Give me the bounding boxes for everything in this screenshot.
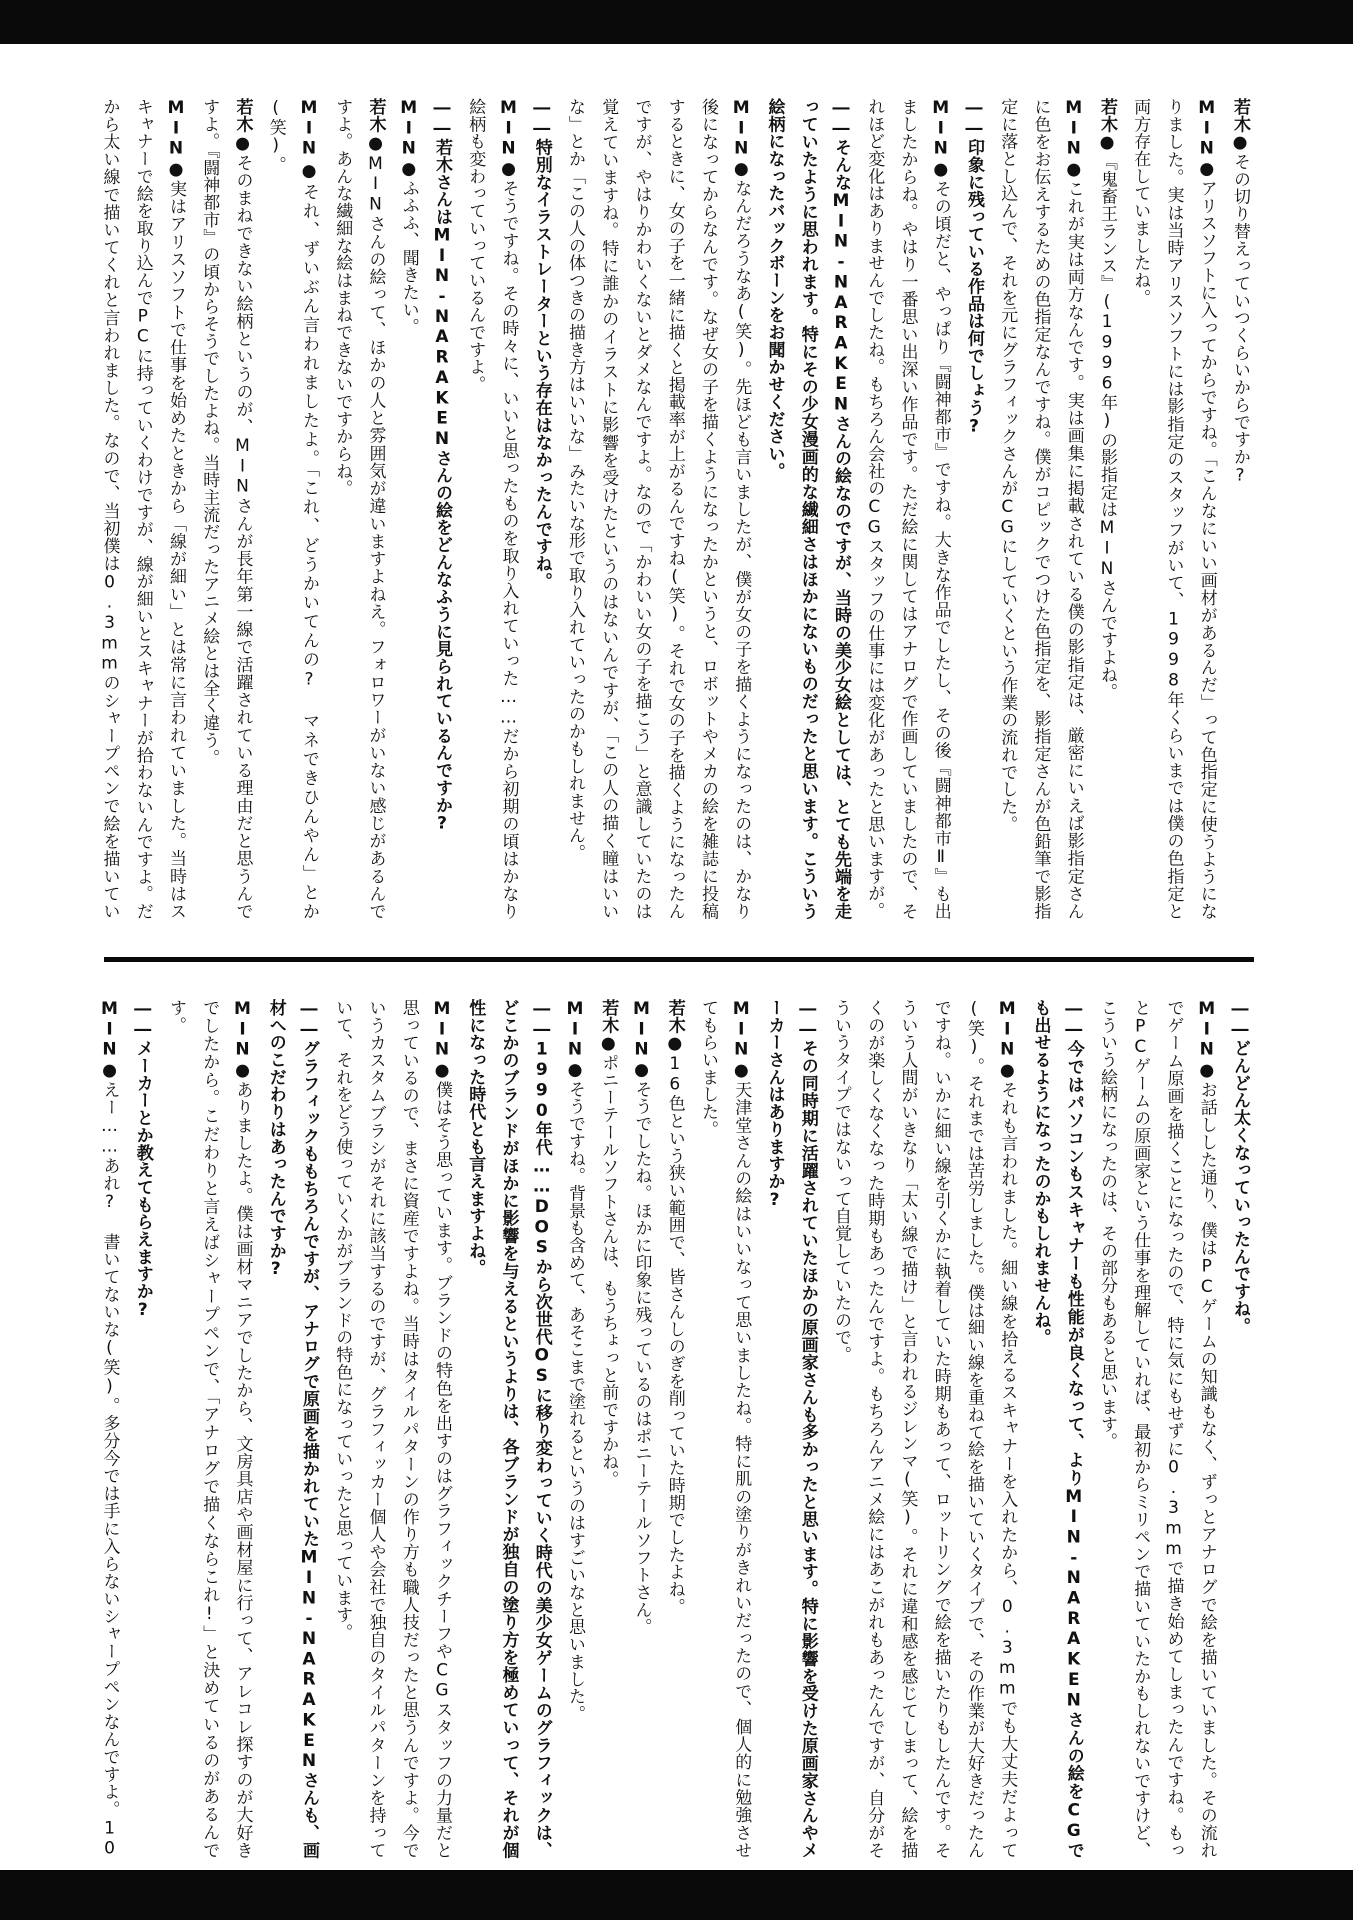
speaker-label: ――: [532, 999, 552, 1040]
speaker-label: MIN●: [731, 98, 751, 180]
speaker-label: 若木●: [366, 98, 386, 154]
interviewer-question: ――今ではパソコンもスキャナーも性能が良くなって、よりMIN-NARAKENさん…: [1023, 999, 1090, 1859]
speaker-label: MIN●: [997, 999, 1017, 1081]
speaker-label: 若木●: [1230, 98, 1250, 153]
speaker-label: 若木●: [233, 98, 253, 154]
speaker-paragraph: MIN●そうですね。背景も含めて、あそこまで塗れるというのはすごいなと思いました…: [558, 999, 591, 1859]
interviewer-question: ――どんどん太くなっていったんですね。: [1223, 999, 1256, 1859]
speaker-label: MIN●: [1197, 98, 1217, 180]
speaker-label: 若木●: [1097, 98, 1117, 153]
bottom-black-bar: [0, 1870, 1353, 1920]
top-black-bar: [0, 0, 1353, 44]
speaker-label: MIN●: [432, 999, 452, 1081]
speaker-label: ――: [1064, 999, 1084, 1040]
speaker-label: ――: [831, 98, 851, 139]
interviewer-question: ――特別なイラストレーターという存在はなかったんですね。: [525, 98, 558, 920]
speaker-label: MIN●: [931, 98, 951, 180]
section-divider-rule: [104, 957, 1254, 962]
speaker-label: ――: [532, 98, 552, 139]
speaker-label: MIN●: [299, 98, 319, 183]
speaker-label: 若木●: [665, 999, 685, 1054]
speaker-label: MIN●: [399, 98, 419, 179]
speaker-paragraph: MIN●それも言われました。細い線を拾えるスキャナーを入れたから、0.3mmでも…: [824, 999, 1024, 1859]
speaker-paragraph: 若木●その切り替えっていつくらいからですか?: [1223, 98, 1256, 920]
speaker-paragraph: MIN●その頃だと、やっぱり『闘神都市』ですね。大きな作品でしたし、その後『闘神…: [857, 98, 957, 920]
speaker-label: ――: [1230, 999, 1250, 1040]
speaker-label: MIN●: [233, 999, 253, 1081]
speaker-paragraph: MIN●アリスソフトに入ってからですね。「こんなにいい画材があるんだ」って色指定…: [1123, 98, 1223, 920]
speaker-label: MIN●: [1197, 999, 1217, 1081]
speaker-label: ――: [432, 98, 452, 139]
interviewer-question: ――そんなMIN-NARAKENさんの絵なのですが、当時の美少女絵としては、とて…: [757, 98, 857, 920]
speaker-paragraph: MIN●僕はそう思っています。ブランドの特色を出すのはグラフィックチーフやCGス…: [325, 999, 458, 1859]
interviewer-question: ――若木さんはMIN-NARAKENさんの絵をどんなふうに見られているんですか?: [425, 98, 458, 920]
speaker-paragraph: MIN●実はアリスソフトで仕事を始めたときから「線が細い」とは常に言われていまし…: [92, 98, 192, 920]
speaker-label: ――: [798, 999, 818, 1040]
speaker-paragraph: MIN●お話しした通り、僕はPCゲームの知識もなく、ずっとアナログで絵を描いてい…: [1090, 999, 1223, 1859]
interviewer-question: ――その同時期に活躍されていたほかの原画家さんも多かったと思います。特に影響を受…: [757, 999, 824, 1859]
speaker-paragraph: 若木●16色という狭い範囲で、皆さんしのぎを削っていた時期でしたよね。: [658, 999, 691, 1859]
speaker-paragraph: MIN●ふふふ、聞きたい。: [392, 98, 425, 920]
interview-text-bottom-section: ――どんどん太くなっていったんですね。MIN●お話しした通り、僕はPCゲームの知…: [92, 999, 1256, 1859]
speaker-paragraph: MIN●えー……あれ? 書いてないな(笑)。多分今では手に入らないシャープペンな…: [92, 999, 126, 1859]
speaker-label: ――: [133, 999, 153, 1040]
speaker-label: 若木●: [598, 999, 618, 1054]
speaker-paragraph: MIN●なんだろうなあ(笑)。先ほども言いましたが、僕が女の子を描くようになった…: [558, 98, 758, 920]
speaker-paragraph: MIN●天津堂さんの絵はいいなって思いましたね。特に肌の塗りがきれいだったので、…: [691, 999, 758, 1859]
speaker-paragraph: 若木●『鬼畜王ランス』(1996年)の影指定はMINさんですよね。: [1090, 98, 1123, 920]
speaker-label: MIN●: [731, 999, 751, 1081]
speaker-label: MIN●: [166, 98, 186, 180]
speaker-paragraph: MIN●ありましたよ。僕は画材マニアでしたから、文房具店や画材屋に行って、アレコ…: [159, 999, 259, 1859]
interview-text-top-section: 若木●その切り替えっていつくらいからですか?MIN●アリスソフトに入ってからです…: [92, 98, 1256, 920]
interviewer-question: ――1990年代……DOSから次世代OSに移り変わっていく時代の美少女ゲームのグ…: [458, 999, 558, 1859]
interviewer-question: ――メーカーとか教えてもらえますか?: [126, 999, 159, 1859]
speaker-paragraph: MIN●これが実は両方なんです。実は画集に掲載されている僕の影指定は、厳密にいえ…: [990, 98, 1090, 920]
speaker-paragraph: 若木●そのまねできない絵柄というのが、MINさんが長年第一線で活躍されている理由…: [192, 98, 259, 920]
speaker-paragraph: 若木●MINさんの絵って、ほかの人と雰囲気が違いますよねえ。フォロワーがいない感…: [325, 98, 392, 920]
speaker-paragraph: MIN●そうですね。その時々に、いいと思ったものを取り入れていった……だから初期…: [458, 98, 525, 920]
speaker-paragraph: 若木●ポニーテールソフトさんは、もうちょっと前ですかね。: [591, 999, 624, 1859]
speaker-label: MIN●: [632, 999, 652, 1080]
speaker-label: MIN●: [499, 98, 519, 180]
speaker-label: MIN●: [565, 999, 585, 1080]
interviewer-question: ――印象に残っている作品は何でしょう?: [957, 98, 990, 920]
speaker-label: MIN●: [100, 999, 120, 1081]
interviewer-question: ――グラフィックももちろんですが、アナログで原画を描かれていたMIN-NARAK…: [259, 999, 326, 1859]
speaker-label: ――: [964, 98, 984, 139]
speaker-paragraph: MIN●そうでしたね。ほかに印象に残っているのはポニーテールソフトさん。: [624, 999, 657, 1859]
speaker-label: ――: [299, 999, 319, 1040]
speaker-label: MIN●: [1064, 98, 1084, 180]
speaker-paragraph: MIN●それ、ずいぶん言われましたよ。「これ、どうかいてんの? マネできひんやん…: [259, 98, 326, 920]
